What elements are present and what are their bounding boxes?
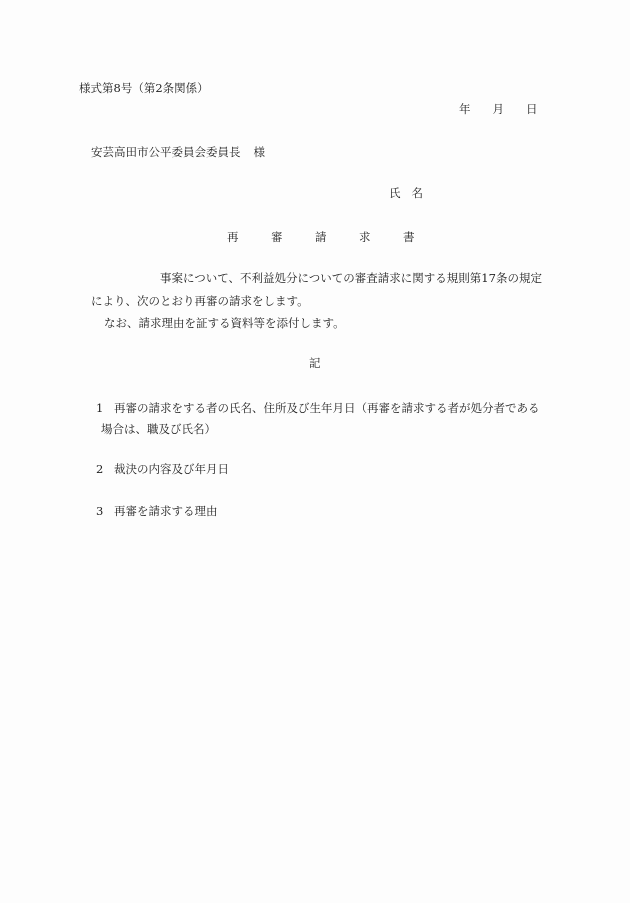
item-text: 裁決の内容及び年月日 xyxy=(114,462,229,476)
item-number: 3 xyxy=(96,506,114,518)
item-number: 1 xyxy=(96,403,114,415)
list-item-2: 2裁決の内容及び年月日 xyxy=(96,464,229,476)
title-char: 書 xyxy=(403,232,447,244)
document-title: 再審請求書 xyxy=(227,232,447,244)
list-item-3: 3再審を請求する理由 xyxy=(96,506,218,518)
title-char: 求 xyxy=(359,232,403,244)
item-number: 2 xyxy=(96,464,114,476)
applicant-name-label: 氏名 xyxy=(389,188,423,200)
item-text: 再審の請求をする者の氏名、住所及び生年月日（再審を請求する者が処分者である xyxy=(114,401,540,415)
name-label-part2: 名 xyxy=(412,186,424,200)
month-label: 月 xyxy=(493,104,505,116)
body-paragraph-line1: 事案について、不利益処分についての審査請求に関する規則第17条の規定 xyxy=(160,273,542,285)
list-item-1: 1再審の請求をする者の氏名、住所及び生年月日（再審を請求する者が処分者である xyxy=(96,403,540,415)
addressee-honorific: 様 xyxy=(254,145,266,159)
body-paragraph-line3: なお、請求理由を証する資料等を添付します。 xyxy=(104,318,345,330)
list-item-1-continuation: 場合は、職及び氏名） xyxy=(101,424,216,436)
addressee-name: 安芸高田市公平委員会委員長 xyxy=(91,145,241,159)
addressee: 安芸高田市公平委員会委員長様 xyxy=(91,147,265,159)
ki-heading: 記 xyxy=(309,358,321,370)
title-char: 再 xyxy=(227,232,271,244)
year-label: 年 xyxy=(459,104,471,116)
date-line: 年月日 xyxy=(459,104,538,116)
title-char: 審 xyxy=(271,232,315,244)
form-number: 様式第8号（第2条関係） xyxy=(79,83,209,95)
title-char: 請 xyxy=(315,232,359,244)
body-paragraph-line2: により、次のとおり再審の請求をします。 xyxy=(91,296,309,308)
day-label: 日 xyxy=(526,104,538,116)
item-text: 再審を請求する理由 xyxy=(114,504,218,518)
name-label-part1: 氏 xyxy=(389,186,401,200)
